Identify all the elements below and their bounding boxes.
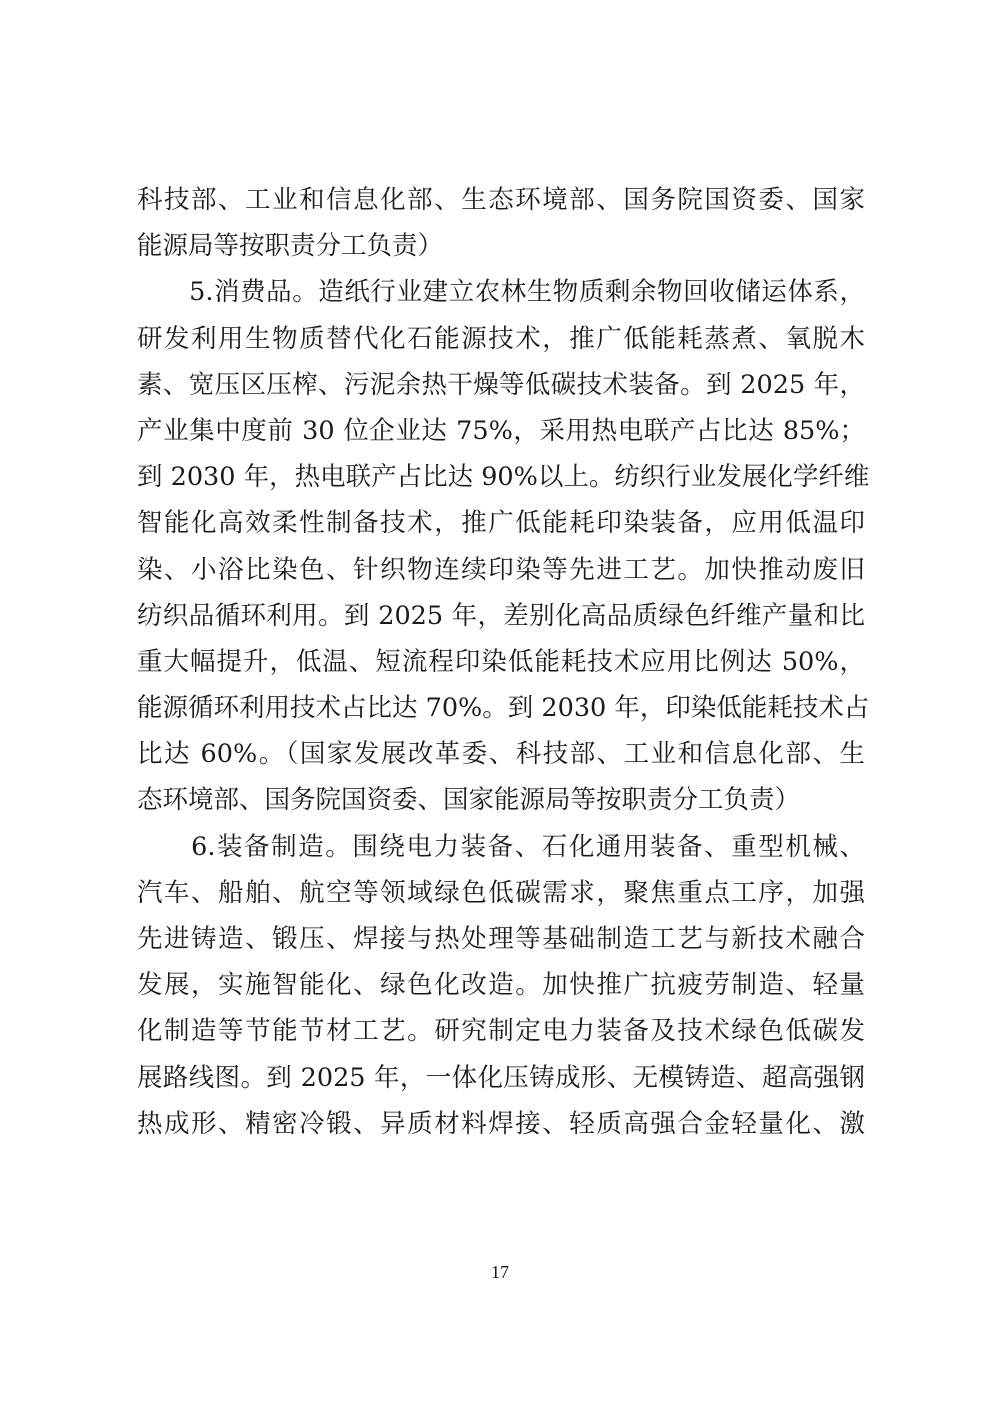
text-line: 展路线图。到 2025 年，一体化压铸成形、无模铸造、超高强钢 bbox=[137, 1055, 865, 1101]
text-line: 产业集中度前 30 位企业达 75%，采用热电联产占比达 85%； bbox=[137, 408, 865, 454]
text-line: 化制造等节能节材工艺。研究制定电力装备及技术绿色低碳发 bbox=[137, 1008, 865, 1054]
text-line: 纺织品循环利用。到 2025 年，差别化高品质绿色纤维产量和比 bbox=[137, 593, 865, 639]
paragraph-heading-line: 6.装备制造。围绕电力装备、石化通用装备、重型机械、 bbox=[137, 824, 865, 870]
text-line: 能源循环利用技术占比达 70%。到 2030 年，印染低能耗技术占 bbox=[137, 685, 865, 731]
body-text: 科技部、工业和信息化部、生态环境部、国务院国资委、国家 能源局等按职责分工负责）… bbox=[137, 177, 865, 1147]
text-line: 到 2030 年，热电联产占比达 90%以上。纺织行业发展化学纤维 bbox=[137, 454, 865, 500]
document-page: 科技部、工业和信息化部、生态环境部、国务院国资委、国家 能源局等按职责分工负责）… bbox=[0, 0, 1000, 1414]
text-line: 先进铸造、锻压、焊接与热处理等基础制造工艺与新技术融合 bbox=[137, 916, 865, 962]
text-line: 染、小浴比染色、针织物连续印染等先进工艺。加快推动废旧 bbox=[137, 547, 865, 593]
text-line: 汽车、船舶、航空等领域绿色低碳需求，聚焦重点工序，加强 bbox=[137, 870, 865, 916]
text-line: 智能化高效柔性制备技术，推广低能耗印染装备，应用低温印 bbox=[137, 500, 865, 546]
text-line: 研发利用生物质替代化石能源技术，推广低能耗蒸煮、氧脱木 bbox=[137, 316, 865, 362]
paragraph-heading-line: 5.消费品。造纸行业建立农林生物质剩余物回收储运体系， bbox=[137, 269, 865, 315]
text-line: 科技部、工业和信息化部、生态环境部、国务院国资委、国家 bbox=[137, 177, 865, 223]
text-line: 素、宽压区压榨、污泥余热干燥等低碳技术装备。到 2025 年， bbox=[137, 362, 865, 408]
text-line: 能源局等按职责分工负责） bbox=[137, 223, 865, 269]
text-line: 热成形、精密冷锻、异质材料焊接、轻质高强合金轻量化、激 bbox=[137, 1101, 865, 1147]
page-number: 17 bbox=[0, 1262, 1000, 1283]
text-line: 态环境部、国务院国资委、国家能源局等按职责分工负责） bbox=[137, 777, 865, 823]
text-line: 发展，实施智能化、绿色化改造。加快推广抗疲劳制造、轻量 bbox=[137, 962, 865, 1008]
text-line: 重大幅提升，低温、短流程印染低能耗技术应用比例达 50%， bbox=[137, 639, 865, 685]
text-line: 比达 60%。（国家发展改革委、科技部、工业和信息化部、生 bbox=[137, 731, 865, 777]
